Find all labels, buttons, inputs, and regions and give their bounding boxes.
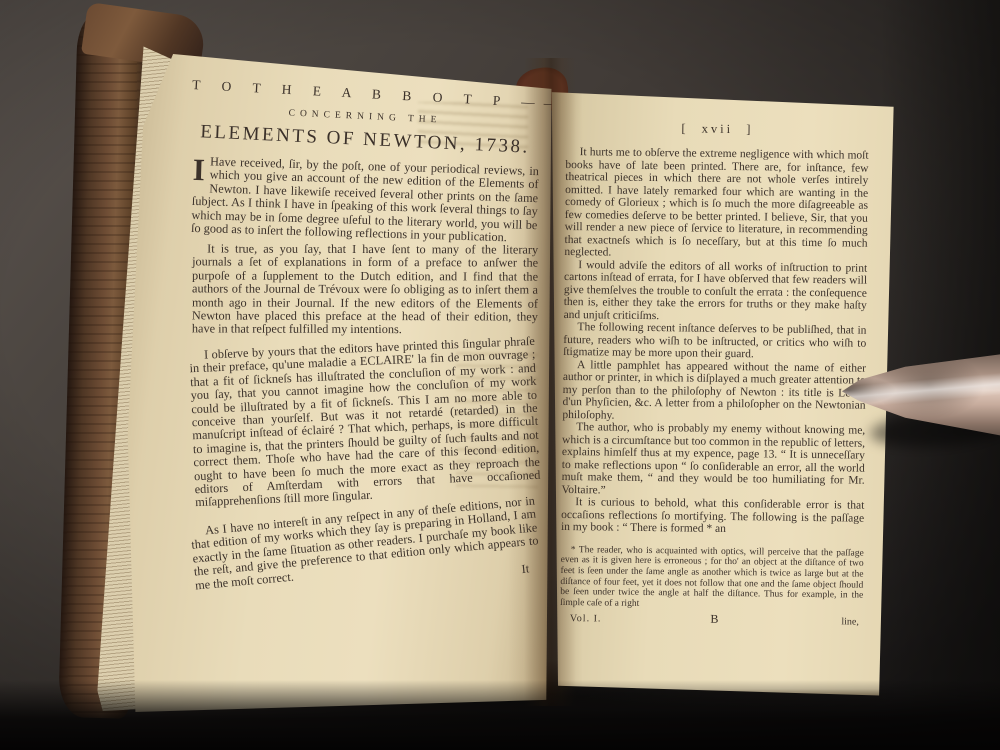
right-paragraph-3: The following recent inſtance deſerves t… bbox=[563, 321, 866, 362]
folio-number: [ xvii ] bbox=[566, 120, 869, 139]
right-page-text: [ xvii ] It hurts me to obſerve the extr… bbox=[560, 120, 869, 628]
left-page: T O T H E A B B O T P ——, CONCERNING THE… bbox=[126, 46, 554, 716]
drop-cap-initial: I bbox=[192, 155, 210, 182]
right-page: [ xvii ] It hurts me to obſerve the extr… bbox=[549, 86, 895, 698]
backdrop-bottom-shade bbox=[0, 680, 1000, 750]
left-paragraph-2: It is true, as you ſay, that I have ſent… bbox=[192, 243, 538, 338]
right-paragraph-4: A little pamphlet has appeared without t… bbox=[562, 358, 866, 424]
gathering-letter: B bbox=[666, 611, 763, 627]
right-catchword: line, bbox=[762, 615, 862, 627]
left-paragraph-1-text: Have received, ſir, by the poſt, one of … bbox=[191, 154, 539, 244]
gutter-shadow bbox=[524, 58, 576, 706]
left-paragraph-1: IHave received, ſir, by the poſt, one of… bbox=[191, 155, 539, 246]
right-paragraph-6: It is curious to behold, what this conſi… bbox=[561, 496, 864, 537]
right-paragraph-2: I would adviſe the editors of all works … bbox=[564, 258, 868, 324]
left-paragraph-3: I obſerve by yours that the editors have… bbox=[189, 335, 541, 510]
signature-line: Vol. I. B line, bbox=[560, 610, 863, 629]
right-paragraph-5: The author, who is probably my enemy wit… bbox=[561, 421, 865, 500]
footnote: * The reader, who is acquainted with opt… bbox=[560, 544, 864, 612]
left-page-text: T O T H E A B B O T P ——, CONCERNING THE… bbox=[192, 86, 538, 593]
right-paragraph-1: It hurts me to obſerve the extreme negli… bbox=[564, 146, 868, 262]
